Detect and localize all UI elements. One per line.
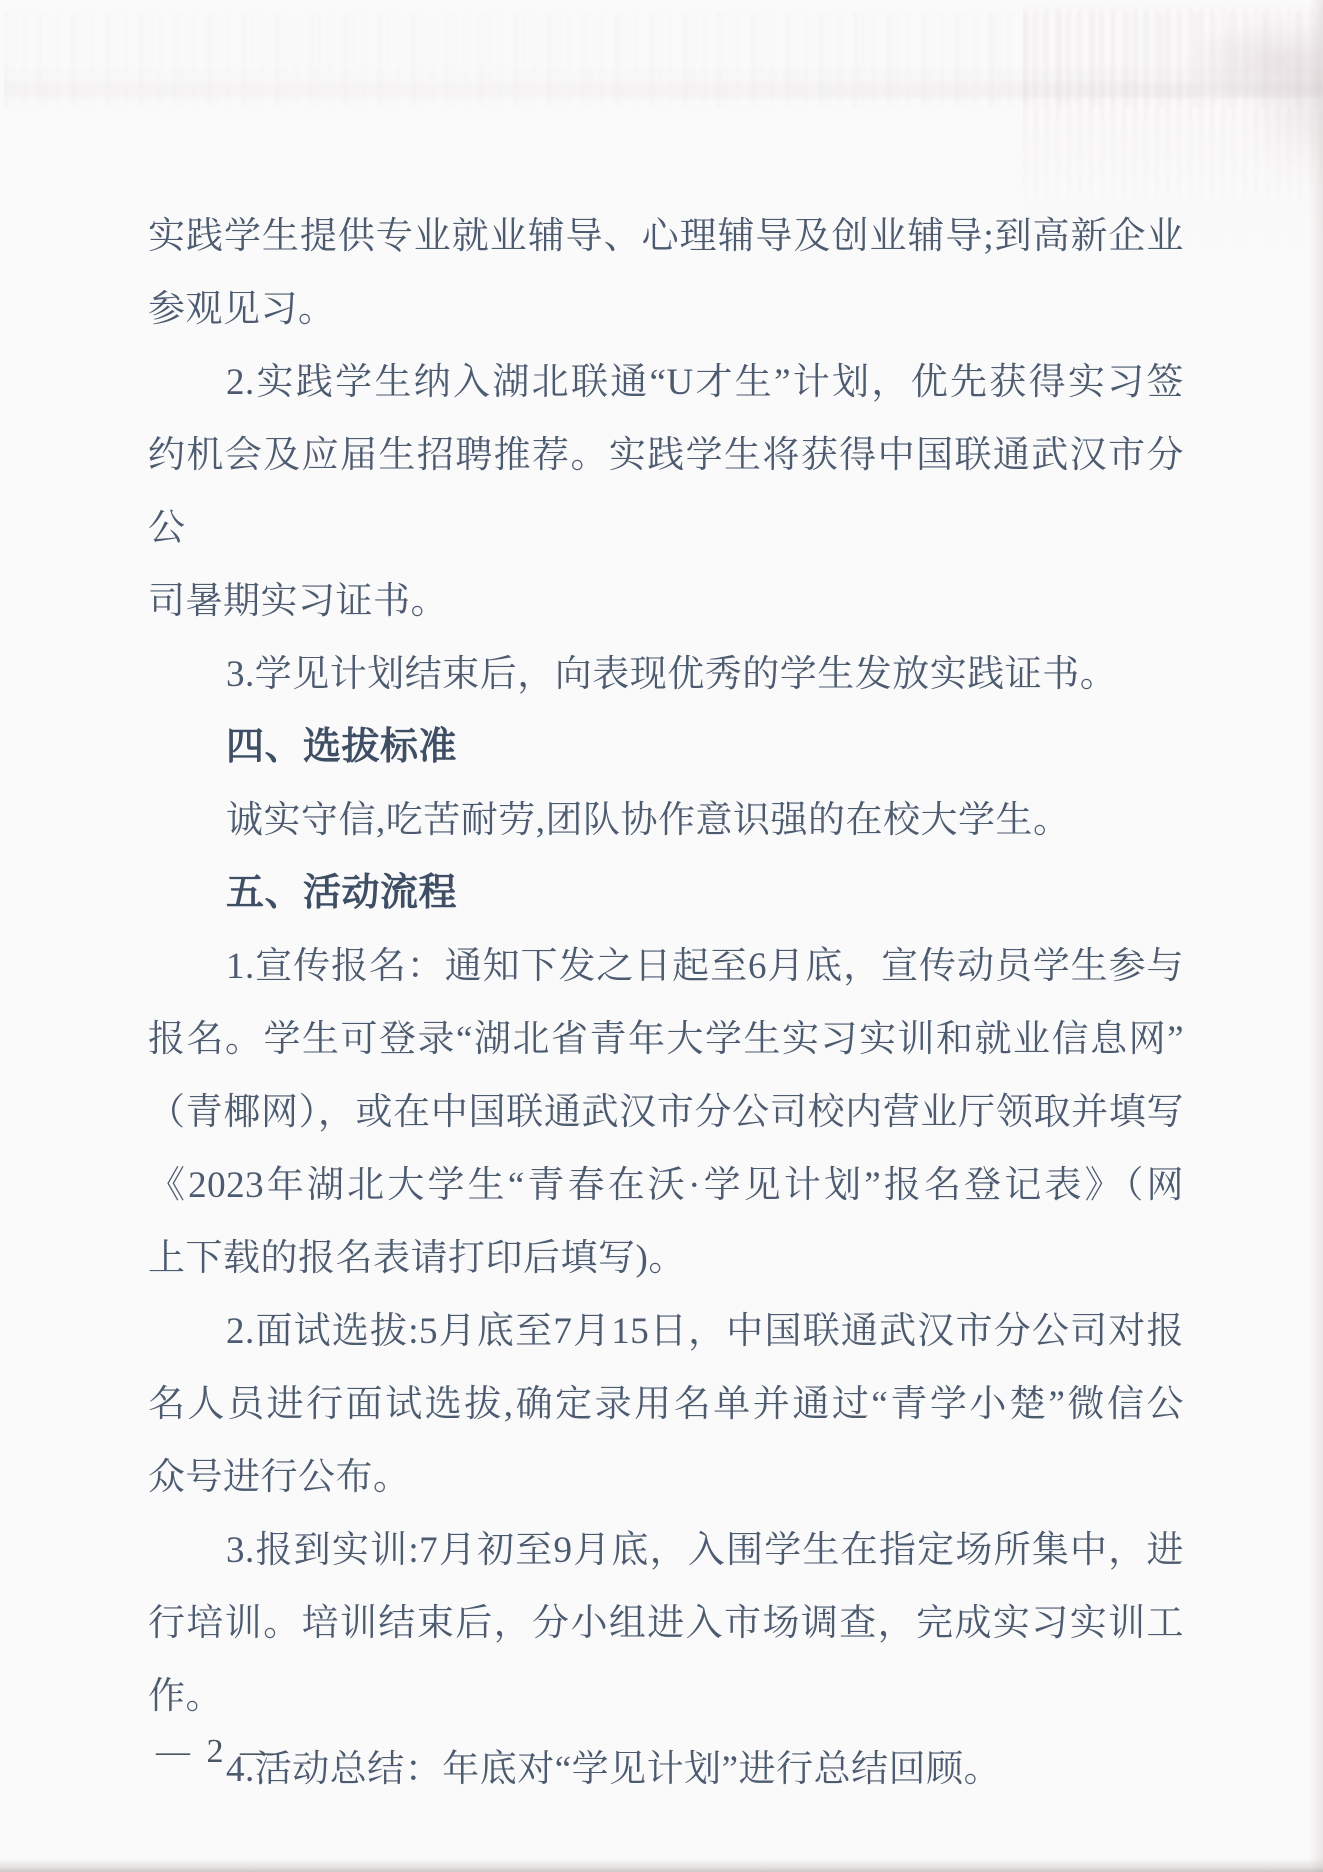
text-line: 3.学见计划结束后，向表现优秀的学生发放实践证书。 [148,638,1184,711]
section-heading: 五、活动流程 [148,857,1184,930]
paragraph: 2.面试选拔:5月底至7月15日，中国联通武汉市分公司对报名人员进行面试选拔,确… [148,1295,1184,1514]
text-line: 四、选拔标准 [148,711,1184,784]
bleedthrough-artifact [4,12,1323,108]
text-line: 诚实守信,吃苦耐劳,团队协作意识强的在校大学生。 [148,784,1184,857]
text-line: 1.宣传报名：通知下发之日起至6月底，宣传动员学生参与 [148,930,1184,1003]
document-body: 实践学生提供专业就业辅导、心理辅导及创业辅导;到高新企业参观见习。2.实践学生纳… [148,200,1184,1806]
page-number: — 2 — [156,1732,274,1772]
paragraph: 诚实守信,吃苦耐劳,团队协作意识强的在校大学生。 [148,784,1184,857]
text-line: 约机会及应届生招聘推荐。实践学生将获得中国联通武汉市分公 [148,419,1184,565]
paragraph: 4.活动总结：年底对“学见计划”进行总结回顾。 [148,1733,1184,1806]
paragraph: 1.宣传报名：通知下发之日起至6月底，宣传动员学生参与报名。学生可登录“湖北省青… [148,930,1184,1295]
text-line: 众号进行公布。 [148,1441,1184,1514]
document-page: 实践学生提供专业就业辅导、心理辅导及创业辅导;到高新企业参观见习。2.实践学生纳… [0,0,1323,1872]
text-line: 五、活动流程 [148,857,1184,930]
text-line: 3.报到实训:7月初至9月底，入围学生在指定场所集中，进 [148,1514,1184,1587]
paragraph: 3.学见计划结束后，向表现优秀的学生发放实践证书。 [148,638,1184,711]
text-line: （青椰网），或在中国联通武汉市分公司校内营业厅领取并填写 [148,1076,1184,1149]
text-line: 司暑期实习证书。 [148,565,1184,638]
text-line: 行培训。培训结束后，分小组进入市场调查，完成实习实训工作。 [148,1587,1184,1733]
text-line: 参观见习。 [148,273,1184,346]
text-line: 《2023年湖北大学生“青春在沃·学见计划”报名登记表》（网 [148,1149,1184,1222]
paragraph: 实践学生提供专业就业辅导、心理辅导及创业辅导;到高新企业参观见习。 [148,200,1184,346]
text-line: 实践学生提供专业就业辅导、心理辅导及创业辅导;到高新企业 [148,200,1184,273]
text-line: 2.实践学生纳入湖北联通“U才生”计划，优先获得实习签 [148,346,1184,419]
text-line: 报名。学生可登录“湖北省青年大学生实习实训和就业信息网” [148,1003,1184,1076]
text-line: 名人员进行面试选拔,确定录用名单并通过“青学小楚”微信公 [148,1368,1184,1441]
paragraph: 2.实践学生纳入湖北联通“U才生”计划，优先获得实习签约机会及应届生招聘推荐。实… [148,346,1184,638]
section-heading: 四、选拔标准 [148,711,1184,784]
text-line: 4.活动总结：年底对“学见计划”进行总结回顾。 [148,1733,1184,1806]
paragraph: 3.报到实训:7月初至9月底，入围学生在指定场所集中，进行培训。培训结束后，分小… [148,1514,1184,1733]
text-line: 上下载的报名表请打印后填写)。 [148,1222,1184,1295]
text-line: 2.面试选拔:5月底至7月15日，中国联通武汉市分公司对报 [148,1295,1184,1368]
